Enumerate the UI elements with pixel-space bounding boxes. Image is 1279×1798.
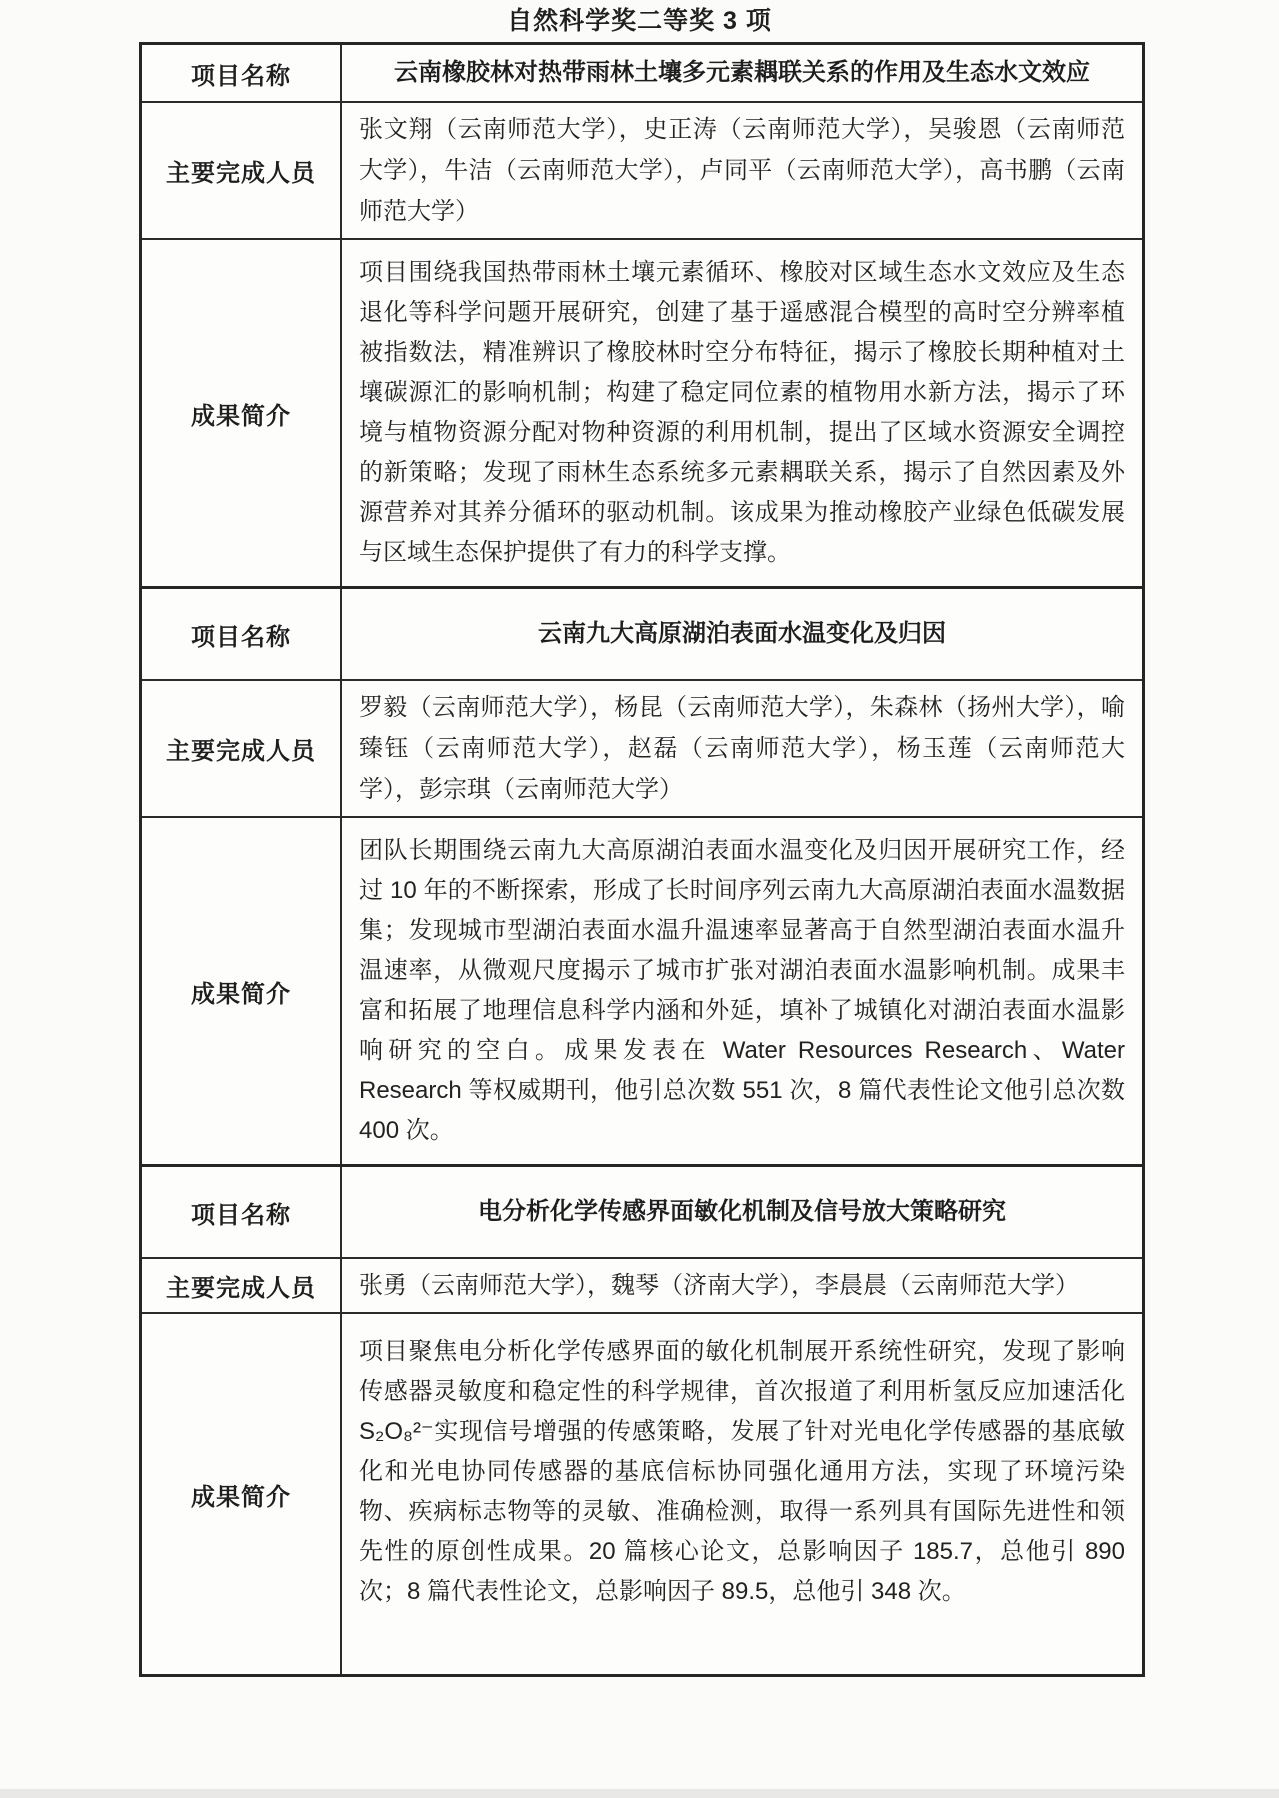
row-label-project-name: 项目名称 <box>141 1166 342 1259</box>
row-label-summary: 成果简介 <box>141 239 342 588</box>
table-row-project1-summary: 成果简介 项目围绕我国热带雨林土壤元素循环、橡胶对区域生态水文效应及生态退化等科… <box>141 239 1144 588</box>
project2-members: 罗毅（云南师范大学），杨昆（云南师范大学），朱森林（扬州大学），喻臻钰（云南师范… <box>341 680 1144 817</box>
photo-edge-strip <box>0 1789 1279 1798</box>
row-label-summary: 成果简介 <box>141 1313 342 1676</box>
project1-members: 张文翔（云南师范大学），史正涛（云南师范大学），吴骏恩（云南师范大学），牛洁（云… <box>341 102 1144 239</box>
project2-name: 云南九大高原湖泊表面水温变化及归因 <box>341 588 1144 681</box>
table-row-project2-name: 项目名称 云南九大高原湖泊表面水温变化及归因 <box>141 588 1144 681</box>
row-label-members: 主要完成人员 <box>141 102 342 239</box>
table-row-project1-members: 主要完成人员 张文翔（云南师范大学），史正涛（云南师范大学），吴骏恩（云南师范大… <box>141 102 1144 239</box>
project1-name: 云南橡胶林对热带雨林土壤多元素耦联关系的作用及生态水文效应 <box>341 44 1144 103</box>
row-label-members: 主要完成人员 <box>141 680 342 817</box>
project3-name: 电分析化学传感界面敏化机制及信号放大策略研究 <box>341 1166 1144 1259</box>
table-row-project3-members: 主要完成人员 张勇（云南师范大学），魏琴（济南大学），李晨晨（云南师范大学） <box>141 1258 1144 1313</box>
row-label-project-name: 项目名称 <box>141 44 342 103</box>
project2-summary: 团队长期围绕云南九大高原湖泊表面水温变化及归因开展研究工作，经过 10 年的不断… <box>341 817 1144 1166</box>
award-table: 项目名称 云南橡胶林对热带雨林土壤多元素耦联关系的作用及生态水文效应 主要完成人… <box>139 42 1145 1677</box>
row-label-summary: 成果简介 <box>141 817 342 1166</box>
table-row-project1-name: 项目名称 云南橡胶林对热带雨林土壤多元素耦联关系的作用及生态水文效应 <box>141 44 1144 103</box>
row-label-project-name: 项目名称 <box>141 588 342 681</box>
row-label-members: 主要完成人员 <box>141 1258 342 1313</box>
table-row-project3-summary: 成果简介 项目聚焦电分析化学传感界面的敏化机制展开系统性研究，发现了影响传感器灵… <box>141 1313 1144 1676</box>
table-row-project2-members: 主要完成人员 罗毅（云南师范大学），杨昆（云南师范大学），朱森林（扬州大学），喻… <box>141 680 1144 817</box>
project1-summary: 项目围绕我国热带雨林土壤元素循环、橡胶对区域生态水文效应及生态退化等科学问题开展… <box>341 239 1144 588</box>
page-title: 自然科学奖二等奖 3 项 <box>0 0 1279 36</box>
table-row-project2-summary: 成果简介 团队长期围绕云南九大高原湖泊表面水温变化及归因开展研究工作，经过 10… <box>141 817 1144 1166</box>
table-row-project3-name: 项目名称 电分析化学传感界面敏化机制及信号放大策略研究 <box>141 1166 1144 1259</box>
project3-summary: 项目聚焦电分析化学传感界面的敏化机制展开系统性研究，发现了影响传感器灵敏度和稳定… <box>341 1313 1144 1676</box>
project3-members: 张勇（云南师范大学），魏琴（济南大学），李晨晨（云南师范大学） <box>341 1258 1144 1313</box>
